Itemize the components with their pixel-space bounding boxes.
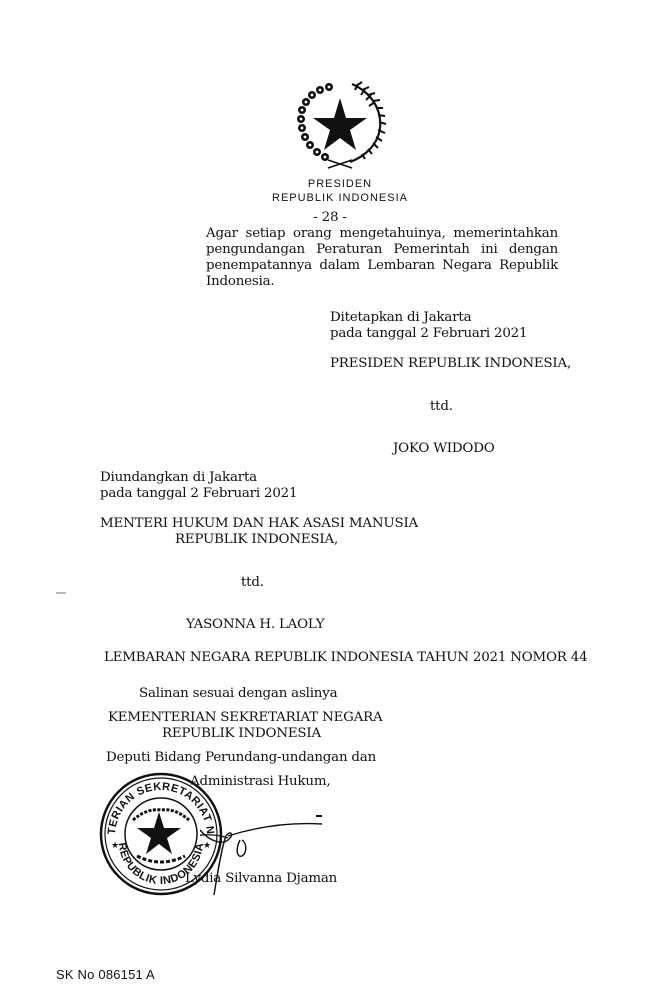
enactment-signatory-name: JOKO WIDODO (393, 441, 495, 457)
enactment-signed-mark: ttd. (430, 399, 453, 415)
enactment-office: PRESIDEN REPUBLIK INDONESIA, (330, 356, 571, 372)
svg-text:★: ★ (111, 841, 119, 851)
paragraph-line: Indonesia. (206, 274, 558, 290)
enactment-place: Ditetapkan di Jakarta (330, 310, 471, 326)
promulgation-office-line1: MENTERI HUKUM DAN HAK ASASI MANUSIA (100, 516, 418, 532)
header-title-republic: REPUBLIK INDONESIA (200, 192, 480, 204)
ministry-name-line2: REPUBLIK INDONESIA (162, 726, 321, 742)
header-title-president: PRESIDEN (200, 178, 480, 190)
gazette-reference: LEMBARAN NEGARA REPUBLIK INDONESIA TAHUN… (104, 650, 587, 666)
paragraph-line: penempatannya dalam Lembaran Negara Repu… (206, 258, 558, 274)
handwritten-signature-icon (200, 800, 340, 910)
scan-artifact (56, 592, 66, 594)
page-number: - 28 - (200, 210, 460, 226)
document-page: PRESIDEN REPUBLIK INDONESIA - 28 - Agar … (0, 0, 654, 1000)
paragraph-line: pengundangan Peraturan Pemerintah ini de… (206, 242, 558, 258)
ministry-name-line1: KEMENTERIAN SEKRETARIAT NEGARA (108, 710, 383, 726)
paragraph-line: Agar setiap orang mengetahuinya, memerin… (206, 226, 558, 242)
serial-number: SK No 086151 A (56, 967, 155, 982)
certifying-official-name: Lydia Silvanna Djaman (185, 871, 337, 887)
copy-certification-note: Salinan sesuai dengan aslinya (139, 686, 337, 702)
enactment-date: pada tanggal 2 Februari 2021 (330, 326, 527, 342)
promulgation-date: pada tanggal 2 Februari 2021 (100, 486, 297, 502)
position-line1: Deputi Bidang Perundang-undangan dan (106, 750, 376, 766)
promulgation-office-line2: REPUBLIK INDONESIA, (175, 532, 338, 548)
promulgation-place: Diundangkan di Jakarta (100, 470, 257, 486)
garuda-star-emblem-icon (292, 80, 388, 170)
promulgation-signatory-name: YASONNA H. LAOLY (186, 617, 324, 633)
promulgation-signed-mark: ttd. (241, 575, 264, 591)
closing-paragraph: Agar setiap orang mengetahuinya, memerin… (206, 226, 558, 290)
